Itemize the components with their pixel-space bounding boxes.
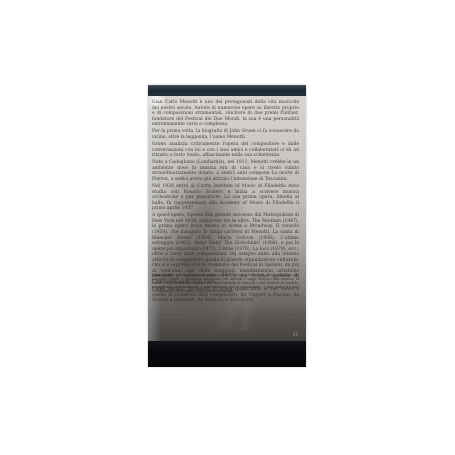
footer-left-text: — ·· ———— ——— [152, 315, 186, 321]
bio-paragraph-5: Nel 1928 entra al Curtis Institute of Mu… [152, 184, 299, 212]
bio-paragraph-4: Nato a Cadegliano (Lombardia), nel 1911,… [152, 160, 299, 182]
book-page-photo: Gian Carlo Menotti è uno dei protagonist… [148, 85, 306, 367]
photo-backdrop: Gian Carlo Menotti è uno dei protagonist… [0, 0, 455, 455]
bio-paragraph-1: Gian Carlo Menotti è uno dei protagonist… [152, 100, 299, 128]
bio-paragraph-3: Gruen analizza criticamente l'opera del … [152, 142, 299, 159]
author-note-body: , critico d'arte e di musica, vive e lav… [152, 273, 299, 293]
page-number: 41 [293, 332, 298, 337]
book-page: Gian Carlo Menotti è uno dei protagonist… [148, 96, 306, 341]
page-footer: — ·· ———— ——— ·· ——— · [152, 315, 299, 321]
bio-paragraph-2: Per la prima volta, la biografia di John… [152, 129, 299, 140]
table-surface [148, 341, 306, 367]
author-note: John Gruen, critico d'arte e di musica, … [152, 274, 299, 294]
footer-right-text: ·· ——— · [282, 315, 299, 321]
book-cover-edge [148, 85, 306, 96]
